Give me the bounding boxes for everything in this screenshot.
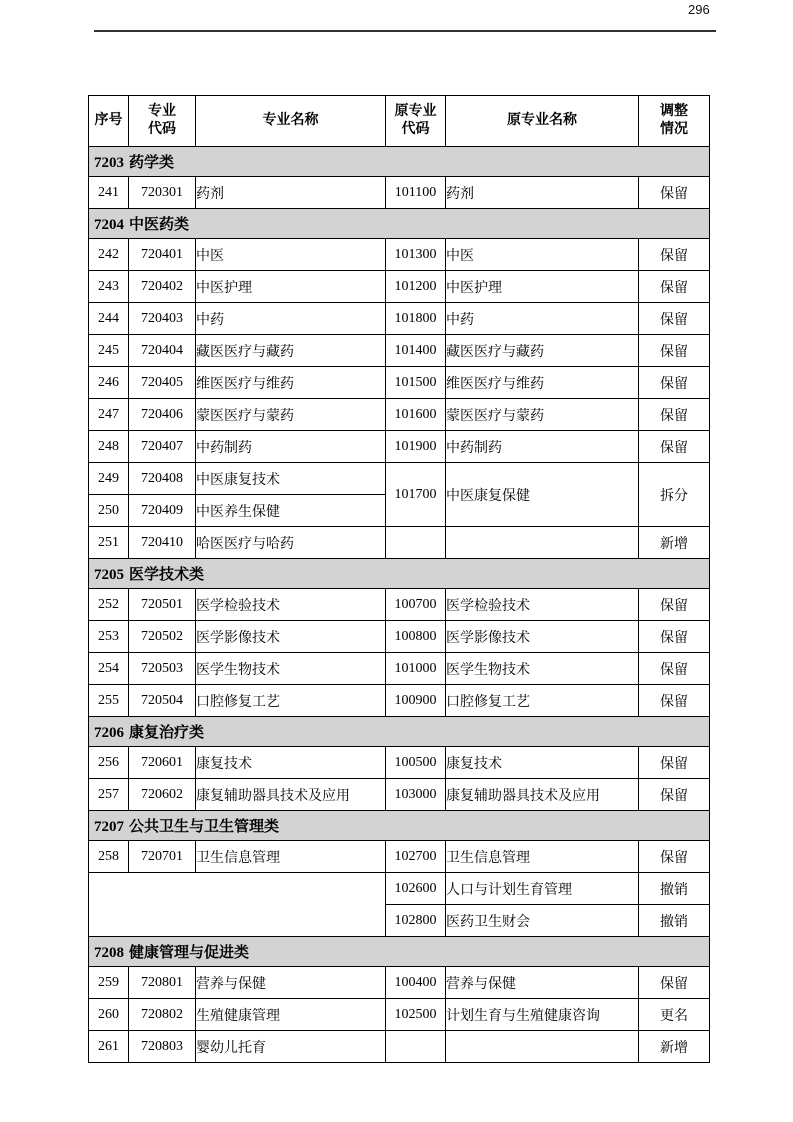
cell-major-name: 生殖健康管理 — [196, 999, 386, 1031]
cell-major-name: 中药 — [196, 303, 386, 335]
header-cell-seq: 序号 — [89, 96, 129, 147]
table-row: 257720602康复辅助器具技术及应用103000康复辅助器具技术及应用保留 — [89, 779, 710, 811]
section-label: 7206康复治疗类 — [89, 717, 710, 747]
cell-major-code: 720602 — [129, 779, 196, 811]
table-row: 241720301药剂101100药剂保留 — [89, 177, 710, 209]
section-title: 公共卫生与卫生管理类 — [129, 819, 279, 835]
cell-old-code: 101300 — [386, 239, 446, 271]
cell-status: 保留 — [639, 841, 710, 873]
cell-old-name: 中药制药 — [446, 431, 639, 463]
cell-status: 撤销 — [639, 873, 710, 905]
cell-seq: 260 — [89, 999, 129, 1031]
cell-seq: 242 — [89, 239, 129, 271]
table-row: 260720802生殖健康管理102500计划生育与生殖健康咨询更名 — [89, 999, 710, 1031]
cell-empty-left — [89, 873, 386, 937]
majors-adjustment-table: 序号 专业 代码 专业名称 原专业 代码 原专业名称 调整 情况 7203药学类… — [88, 95, 710, 1063]
cell-seq: 257 — [89, 779, 129, 811]
cell-old-code: 103000 — [386, 779, 446, 811]
cell-major-code: 720503 — [129, 653, 196, 685]
cell-major-code: 720502 — [129, 621, 196, 653]
cell-old-code: 101000 — [386, 653, 446, 685]
cell-seq: 261 — [89, 1031, 129, 1063]
cell-old-code: 100700 — [386, 589, 446, 621]
cell-seq: 251 — [89, 527, 129, 559]
cell-old-name: 康复辅助器具技术及应用 — [446, 779, 639, 811]
cell-old-code: 101200 — [386, 271, 446, 303]
cell-seq: 245 — [89, 335, 129, 367]
cell-major-name: 中医 — [196, 239, 386, 271]
header-cell-old-code: 原专业 代码 — [386, 96, 446, 147]
cell-major-name: 哈医医疗与哈药 — [196, 527, 386, 559]
cell-seq: 252 — [89, 589, 129, 621]
cell-major-name: 医学生物技术 — [196, 653, 386, 685]
cell-status: 新增 — [639, 527, 710, 559]
cell-major-code: 720402 — [129, 271, 196, 303]
cell-old-code: 101600 — [386, 399, 446, 431]
cell-old-name: 中药 — [446, 303, 639, 335]
section-code: 7206 — [94, 725, 124, 741]
cell-old-name: 蒙医医疗与蒙药 — [446, 399, 639, 431]
cell-old-code — [386, 1031, 446, 1063]
cell-major-code: 720601 — [129, 747, 196, 779]
table-row: 253720502医学影像技术100800医学影像技术保留 — [89, 621, 710, 653]
cell-major-code: 720408 — [129, 463, 196, 495]
section-row: 7208健康管理与促进类 — [89, 937, 710, 967]
cell-old-code — [386, 527, 446, 559]
cell-major-name: 中医养生保健 — [196, 495, 386, 527]
cell-major-name: 口腔修复工艺 — [196, 685, 386, 717]
cell-major-name: 康复技术 — [196, 747, 386, 779]
table-row: 248720407中药制药101900中药制药保留 — [89, 431, 710, 463]
header-cell-major-code: 专业 代码 — [129, 96, 196, 147]
cell-status: 保留 — [639, 367, 710, 399]
cell-old-name: 人口与计划生育管理 — [446, 873, 639, 905]
cell-old-name: 计划生育与生殖健康咨询 — [446, 999, 639, 1031]
cell-status: 保留 — [639, 653, 710, 685]
cell-major-name: 中医护理 — [196, 271, 386, 303]
header-cell-old-name: 原专业名称 — [446, 96, 639, 147]
cell-old-code: 102600 — [386, 873, 446, 905]
header-cell-major-name: 专业名称 — [196, 96, 386, 147]
table-row: 258720701卫生信息管理102700卫生信息管理保留 — [89, 841, 710, 873]
cell-status: 保留 — [639, 177, 710, 209]
cell-seq: 258 — [89, 841, 129, 873]
cell-major-code: 720403 — [129, 303, 196, 335]
cell-major-code: 720410 — [129, 527, 196, 559]
cell-status: 保留 — [639, 335, 710, 367]
cell-seq: 249 — [89, 463, 129, 495]
section-row: 7205医学技术类 — [89, 559, 710, 589]
cell-seq: 247 — [89, 399, 129, 431]
table-row: 242720401中医101300中医保留 — [89, 239, 710, 271]
cell-seq: 259 — [89, 967, 129, 999]
section-title: 康复治疗类 — [129, 725, 204, 741]
cell-old-name — [446, 527, 639, 559]
section-title: 中医药类 — [129, 217, 189, 233]
cell-old-name: 卫生信息管理 — [446, 841, 639, 873]
table-row: 254720503医学生物技术101000医学生物技术保留 — [89, 653, 710, 685]
cell-old-code: 100800 — [386, 621, 446, 653]
cell-status: 保留 — [639, 399, 710, 431]
table-row: 246720405维医医疗与维药101500维医医疗与维药保留 — [89, 367, 710, 399]
table-row: 261720803婴幼儿托育新增 — [89, 1031, 710, 1063]
cell-old-name: 药剂 — [446, 177, 639, 209]
cell-old-code: 101400 — [386, 335, 446, 367]
cell-status: 保留 — [639, 303, 710, 335]
cell-seq: 241 — [89, 177, 129, 209]
cell-status: 保留 — [639, 685, 710, 717]
cell-seq: 243 — [89, 271, 129, 303]
cell-major-code: 720701 — [129, 841, 196, 873]
cell-major-code: 720803 — [129, 1031, 196, 1063]
cell-status: 保留 — [639, 431, 710, 463]
table-row: 251720410哈医医疗与哈药新增 — [89, 527, 710, 559]
cell-old-code: 101500 — [386, 367, 446, 399]
cell-status: 拆分 — [639, 463, 710, 527]
cell-status: 保留 — [639, 779, 710, 811]
section-code: 7205 — [94, 567, 124, 583]
cell-old-name — [446, 1031, 639, 1063]
section-label: 7207公共卫生与卫生管理类 — [89, 811, 710, 841]
section-label: 7208健康管理与促进类 — [89, 937, 710, 967]
cell-status: 保留 — [639, 271, 710, 303]
cell-major-code: 720301 — [129, 177, 196, 209]
section-title: 药学类 — [129, 155, 174, 171]
header-rule — [94, 30, 716, 32]
section-row: 7203药学类 — [89, 147, 710, 177]
cell-old-name: 中医护理 — [446, 271, 639, 303]
cell-seq: 256 — [89, 747, 129, 779]
cell-major-name: 藏医医疗与藏药 — [196, 335, 386, 367]
cell-major-code: 720401 — [129, 239, 196, 271]
cell-major-name: 中药制药 — [196, 431, 386, 463]
section-label: 7205医学技术类 — [89, 559, 710, 589]
section-code: 7204 — [94, 217, 124, 233]
table-row: 249720408中医康复技术101700中医康复保健拆分 — [89, 463, 710, 495]
cell-major-name: 医学影像技术 — [196, 621, 386, 653]
cell-status: 新增 — [639, 1031, 710, 1063]
cell-old-name: 营养与保健 — [446, 967, 639, 999]
header-cell-status: 调整 情况 — [639, 96, 710, 147]
section-title: 医学技术类 — [129, 567, 204, 583]
cell-major-code: 720406 — [129, 399, 196, 431]
cell-old-name: 康复技术 — [446, 747, 639, 779]
cell-seq: 248 — [89, 431, 129, 463]
cell-major-name: 药剂 — [196, 177, 386, 209]
cell-old-code: 101900 — [386, 431, 446, 463]
cell-major-code: 720409 — [129, 495, 196, 527]
section-row: 7206康复治疗类 — [89, 717, 710, 747]
cell-status: 保留 — [639, 621, 710, 653]
cell-old-name: 医学生物技术 — [446, 653, 639, 685]
cell-seq: 246 — [89, 367, 129, 399]
table-row: 245720404藏医医疗与藏药101400藏医医疗与藏药保留 — [89, 335, 710, 367]
section-label: 7204中医药类 — [89, 209, 710, 239]
table-row: 243720402中医护理101200中医护理保留 — [89, 271, 710, 303]
cell-seq: 244 — [89, 303, 129, 335]
section-label: 7203药学类 — [89, 147, 710, 177]
cell-old-code: 101100 — [386, 177, 446, 209]
table-row: 252720501医学检验技术100700医学检验技术保留 — [89, 589, 710, 621]
cell-old-name: 医药卫生财会 — [446, 905, 639, 937]
cell-status: 保留 — [639, 239, 710, 271]
table-row: 244720403中药101800中药保留 — [89, 303, 710, 335]
cell-major-code: 720404 — [129, 335, 196, 367]
cell-major-name: 医学检验技术 — [196, 589, 386, 621]
cell-major-code: 720501 — [129, 589, 196, 621]
cell-old-code: 100400 — [386, 967, 446, 999]
cell-old-name: 口腔修复工艺 — [446, 685, 639, 717]
cell-major-name: 维医医疗与维药 — [196, 367, 386, 399]
majors-table-container: 序号 专业 代码 专业名称 原专业 代码 原专业名称 调整 情况 7203药学类… — [88, 95, 710, 1063]
cell-status: 保留 — [639, 967, 710, 999]
cell-old-code: 102700 — [386, 841, 446, 873]
cell-old-code: 101800 — [386, 303, 446, 335]
section-row: 7207公共卫生与卫生管理类 — [89, 811, 710, 841]
cell-old-code: 102500 — [386, 999, 446, 1031]
table-row: 259720801营养与保健100400营养与保健保留 — [89, 967, 710, 999]
document-page: 296 序号 专业 代码 专业名称 原专业 代码 原专业名称 调整 情况 — [0, 0, 793, 1122]
section-code: 7208 — [94, 945, 124, 961]
cell-status: 更名 — [639, 999, 710, 1031]
cell-old-name: 藏医医疗与藏药 — [446, 335, 639, 367]
cell-old-code: 100900 — [386, 685, 446, 717]
table-row: 247720406蒙医医疗与蒙药101600蒙医医疗与蒙药保留 — [89, 399, 710, 431]
table-header-row: 序号 专业 代码 专业名称 原专业 代码 原专业名称 调整 情况 — [89, 96, 710, 147]
cell-seq: 253 — [89, 621, 129, 653]
cell-major-name: 中医康复技术 — [196, 463, 386, 495]
cell-major-code: 720405 — [129, 367, 196, 399]
cell-old-name: 中医 — [446, 239, 639, 271]
cell-old-code: 102800 — [386, 905, 446, 937]
cell-major-name: 营养与保健 — [196, 967, 386, 999]
section-code: 7203 — [94, 155, 124, 171]
cell-major-name: 康复辅助器具技术及应用 — [196, 779, 386, 811]
section-row: 7204中医药类 — [89, 209, 710, 239]
cell-major-name: 卫生信息管理 — [196, 841, 386, 873]
table-row: 255720504口腔修复工艺100900口腔修复工艺保留 — [89, 685, 710, 717]
cell-old-name: 医学影像技术 — [446, 621, 639, 653]
table-body: 序号 专业 代码 专业名称 原专业 代码 原专业名称 调整 情况 7203药学类… — [89, 96, 710, 1063]
cell-old-code: 101700 — [386, 463, 446, 527]
cell-major-code: 720407 — [129, 431, 196, 463]
cell-major-code: 720801 — [129, 967, 196, 999]
table-row: 102600人口与计划生育管理撤销 — [89, 873, 710, 905]
cell-major-code: 720802 — [129, 999, 196, 1031]
cell-old-code: 100500 — [386, 747, 446, 779]
cell-status: 保留 — [639, 589, 710, 621]
cell-major-code: 720504 — [129, 685, 196, 717]
cell-old-name: 维医医疗与维药 — [446, 367, 639, 399]
page-number: 296 — [688, 2, 710, 17]
cell-major-name: 婴幼儿托育 — [196, 1031, 386, 1063]
cell-major-name: 蒙医医疗与蒙药 — [196, 399, 386, 431]
cell-seq: 254 — [89, 653, 129, 685]
cell-old-name: 中医康复保健 — [446, 463, 639, 527]
section-title: 健康管理与促进类 — [129, 945, 249, 961]
cell-status: 保留 — [639, 747, 710, 779]
cell-seq: 255 — [89, 685, 129, 717]
cell-status: 撤销 — [639, 905, 710, 937]
cell-old-name: 医学检验技术 — [446, 589, 639, 621]
table-row: 256720601康复技术100500康复技术保留 — [89, 747, 710, 779]
section-code: 7207 — [94, 819, 124, 835]
cell-seq: 250 — [89, 495, 129, 527]
